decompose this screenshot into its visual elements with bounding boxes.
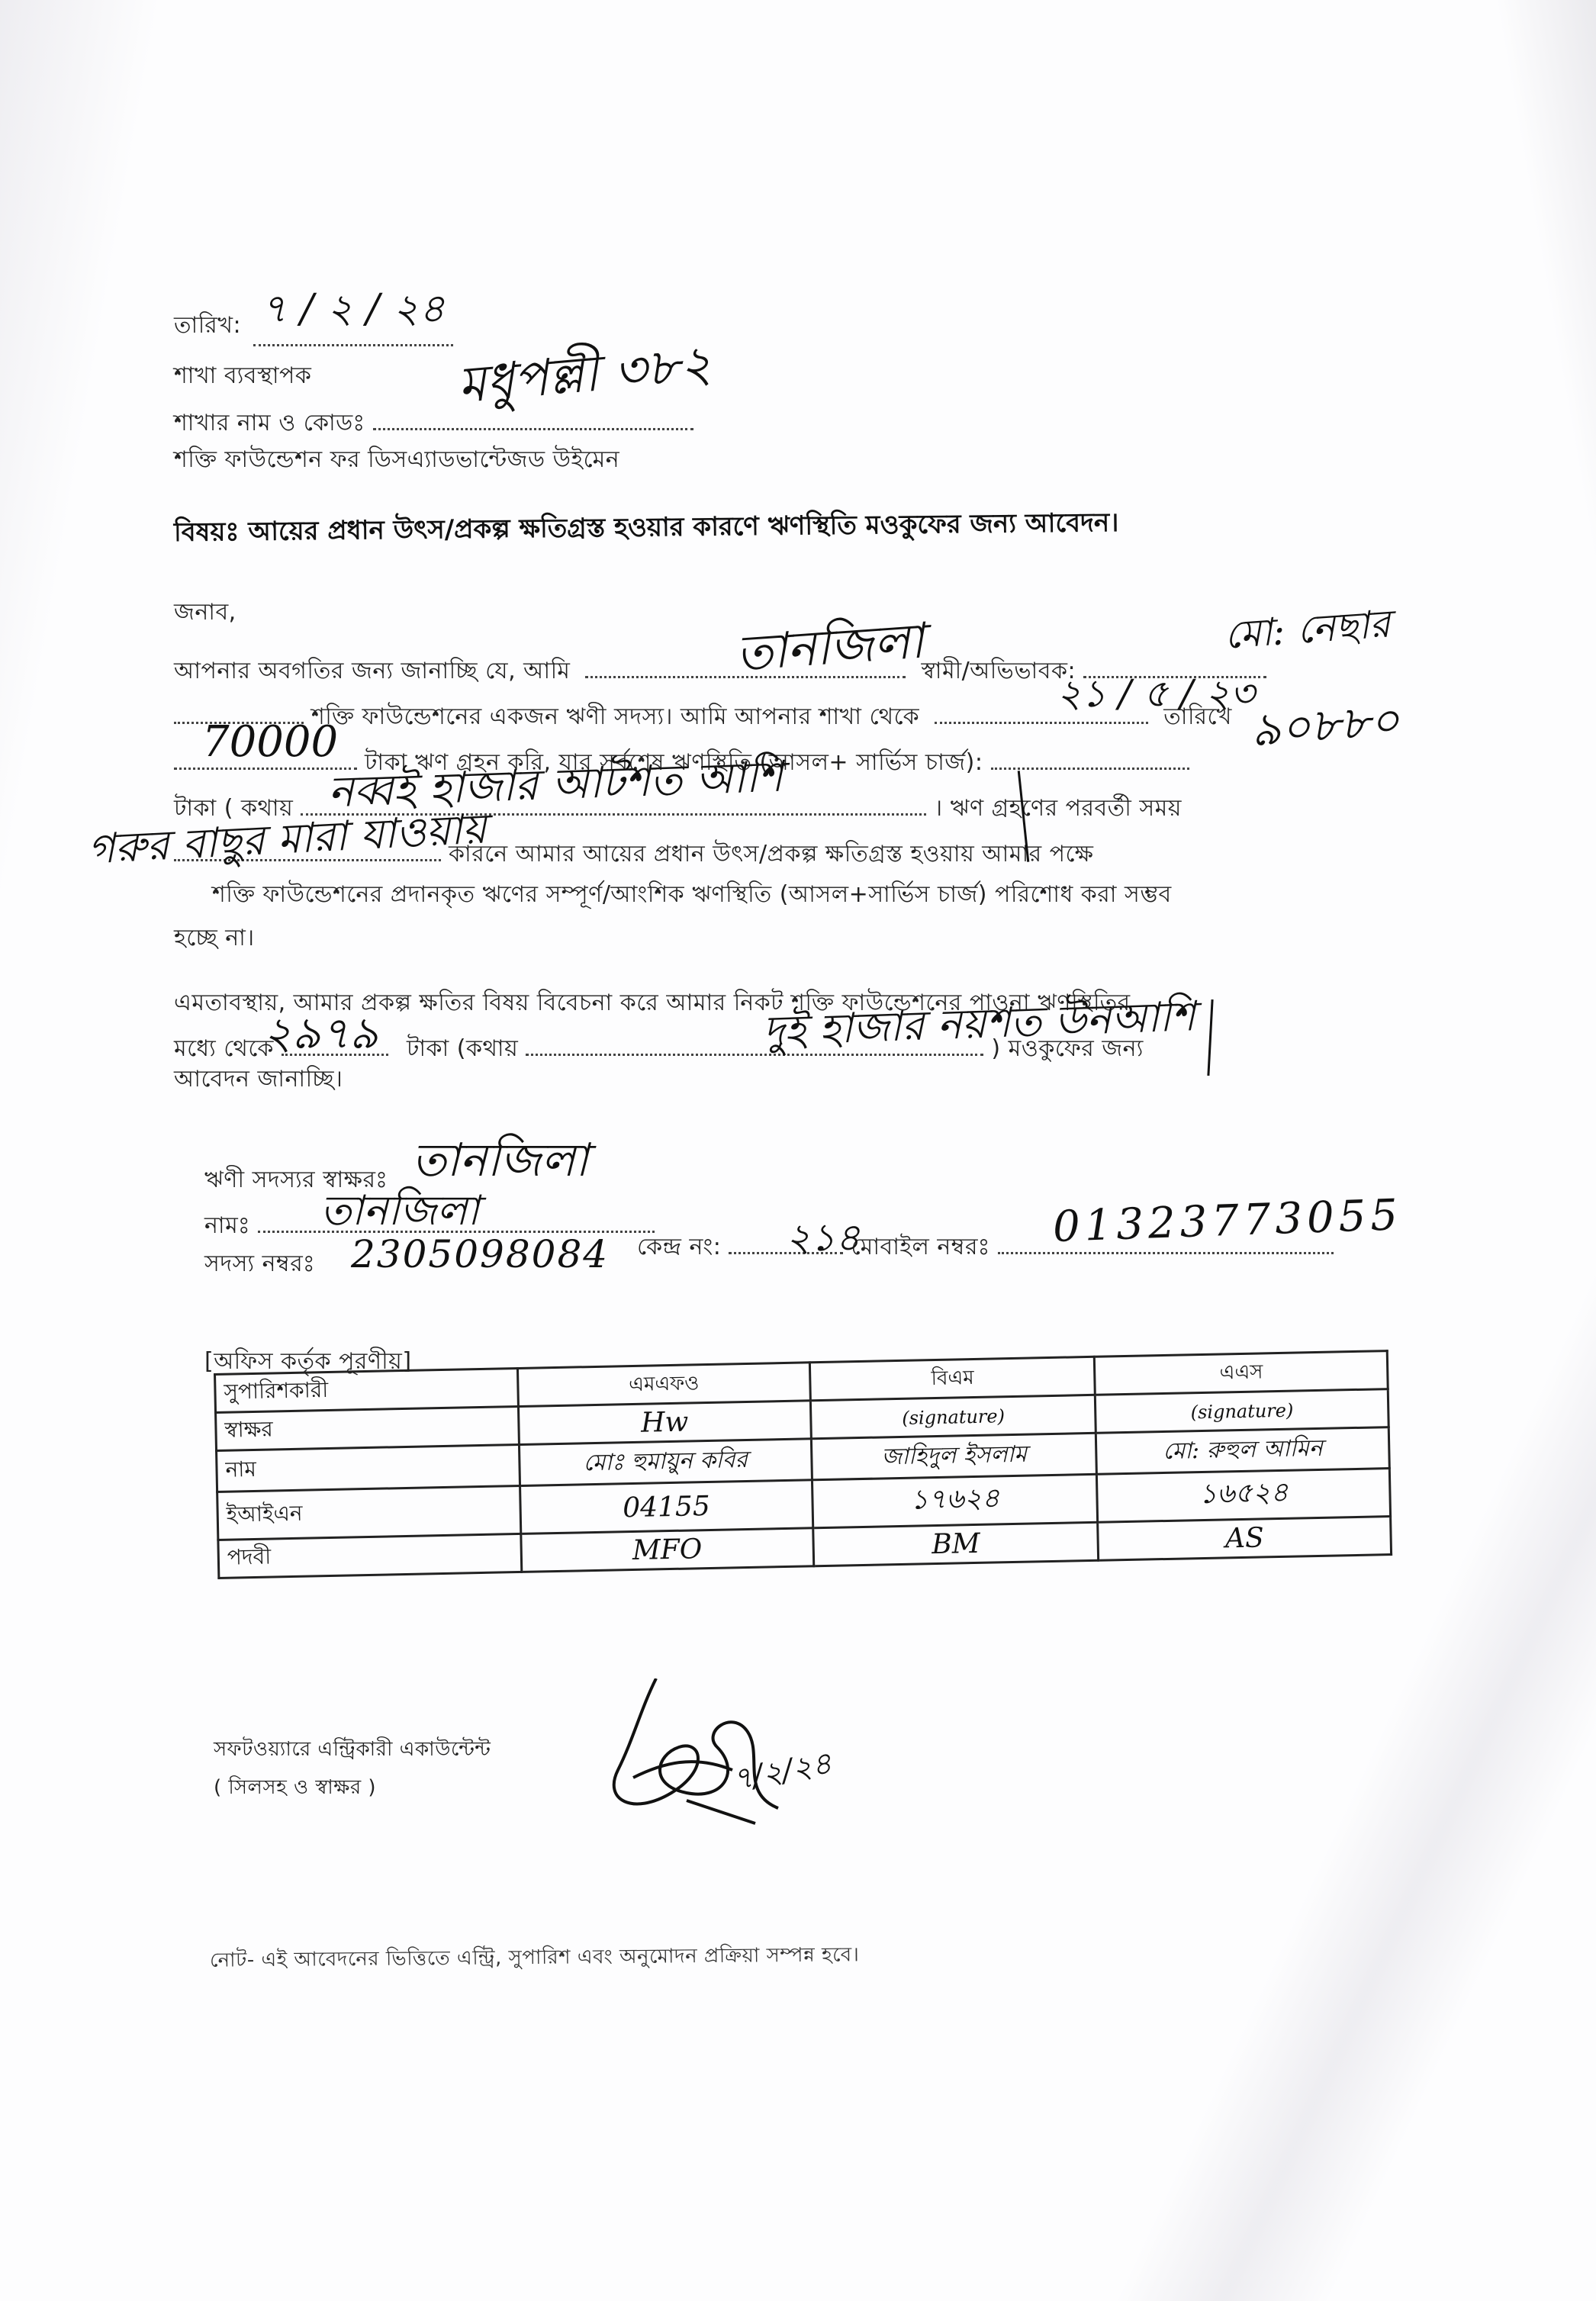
guardian-name-value: মো: নেছার bbox=[1222, 596, 1392, 671]
center-label: কেন্দ্র নং: bbox=[637, 1234, 721, 1260]
loan-date-value: ২১ / ৫ / ২৩ bbox=[1057, 665, 1255, 729]
row-label: পদবী bbox=[218, 1533, 522, 1578]
member-name-label: নামঃ bbox=[204, 1212, 250, 1239]
center-value: ২১৪ bbox=[786, 1209, 860, 1273]
table-cell: (signature) bbox=[810, 1395, 1096, 1438]
organization-name: শক্তি ফাউন্ডেশন ফর ডিসএ্যাডভান্টেজড উইমে… bbox=[174, 441, 619, 480]
member-text: শক্তি ফাউন্ডেশনের একজন ঋণী সদস্য। আমি আপ… bbox=[311, 703, 919, 730]
table-cell: (signature) bbox=[1096, 1389, 1388, 1434]
salutation: জনাব, bbox=[174, 594, 237, 632]
para1-repay-text: শক্তি ফাউন্ডেশনের প্রদানকৃত ঋণের সম্পূর্… bbox=[212, 876, 1172, 915]
loan-amount-value: 70000 bbox=[202, 717, 338, 767]
reason-text: কারনে আমার আয়ের প্রধান উৎস/প্রকল্প ক্ষত… bbox=[449, 841, 1093, 867]
member-no-value: 2305098084 bbox=[351, 1232, 609, 1276]
table-cell: Hw bbox=[518, 1401, 811, 1445]
table-cell: 04155 bbox=[520, 1480, 813, 1534]
accountant-label: সফটওয়্যারে এন্ট্রিকারী একাউন্টেন্ট bbox=[214, 1733, 491, 1767]
table-cell: MFO bbox=[520, 1528, 813, 1572]
row-label: ইআইএন bbox=[217, 1485, 521, 1540]
table-cell: জাহিদুল ইসলাম bbox=[811, 1433, 1096, 1479]
table-cell: AS bbox=[1098, 1517, 1391, 1561]
branch-label: শাখার নাম ও কোডঃ bbox=[174, 410, 365, 436]
column-header: সুপারিশকারী bbox=[215, 1369, 519, 1413]
table-cell: BM bbox=[813, 1522, 1099, 1566]
guardian-label: স্বামী/অভিভাবক: bbox=[921, 658, 1076, 684]
accountant-sublabel: ( সিলসহ ও স্বাক্ষর ) bbox=[214, 1772, 376, 1805]
mobile-label: মোবাইল নম্বরঃ bbox=[851, 1234, 990, 1260]
outstanding-line bbox=[991, 760, 1189, 770]
outstanding-amount-value: ৯০৮৮০ bbox=[1249, 685, 1402, 771]
para1-intro: আপনার অবগতির জন্য জানাচ্ছি যে, আমি bbox=[174, 658, 570, 684]
taka-text: টাকা (কথায় bbox=[407, 1035, 518, 1062]
table-cell: মো: রুহুল আমিন bbox=[1096, 1427, 1390, 1475]
after-loan-text: । ঋণ গ্রহণের পরবর্তী সময় bbox=[934, 795, 1182, 822]
column-header: এএস bbox=[1095, 1351, 1388, 1395]
date-row: তারিখ: ৭ / ২ / ২৪ bbox=[174, 288, 453, 357]
para2-end: আবেদন জানাচ্ছি। bbox=[174, 1060, 343, 1099]
office-approval-table: সুপারিশকারী এমএফও বিএম এএস স্বাক্ষর Hw (… bbox=[214, 1350, 1392, 1579]
column-header: বিএম bbox=[809, 1356, 1095, 1400]
table-cell: ১৭৬২৪ bbox=[812, 1474, 1099, 1527]
row-label: স্বাক্ষর bbox=[216, 1406, 520, 1450]
applicant-name-value: তানজিলা bbox=[734, 604, 927, 699]
para1-end: হচ্ছে না। bbox=[174, 919, 255, 958]
table-cell: ১৬৫২৪ bbox=[1097, 1469, 1391, 1523]
column-header: এমএফও bbox=[517, 1363, 810, 1407]
footer-note: নোট- এই আবেদনের ভিত্তিতে এন্ট্রি, সুপারি… bbox=[210, 1939, 860, 1978]
table-cell: মোঃ হুমায়ুন কবির bbox=[519, 1439, 812, 1486]
member-no-label: সদস্য নম্বরঃ bbox=[204, 1245, 315, 1284]
date-value: ৭ / ২ / ২৪ bbox=[253, 278, 452, 346]
row-label: নাম bbox=[217, 1444, 520, 1492]
date-label: তারিখ: bbox=[174, 312, 241, 339]
from-text: মধ্যে থেকে bbox=[174, 1035, 274, 1062]
recipient-title: শাখা ব্যবস্থাপক bbox=[174, 357, 311, 396]
